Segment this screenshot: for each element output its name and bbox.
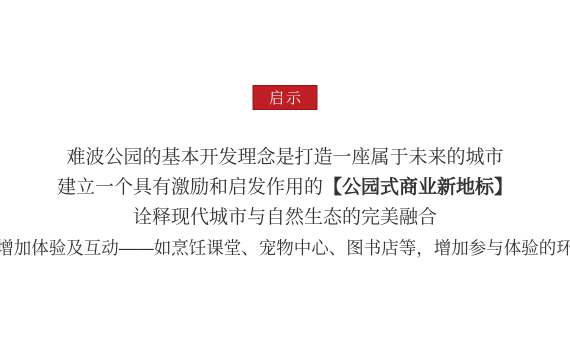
body-line-2: 建立一个具有激励和启发作用的【公园式商业新地标】 — [57, 173, 513, 203]
insight-badge: 启示 — [253, 85, 318, 110]
body-line-2-highlight: 【公园式商业新地标】 — [323, 177, 513, 198]
body-line-2-regular: 建立一个具有激励和启发作用的 — [57, 177, 323, 198]
body-line-4: 增加体验及互动——如烹饪课堂、宠物中心、图书店等，增加参与体验的环 — [0, 234, 570, 263]
body-line-1: 难波公园的基本开发理念是打造一座属于未来的城市 — [66, 143, 503, 173]
body-line-3: 诠释现代城市与自然生态的完美融合 — [133, 203, 437, 233]
insight-badge-label: 启示 — [269, 87, 303, 108]
slide-canvas: 启示 难波公园的基本开发理念是打造一座属于未来的城市 建立一个具有激励和启发作用… — [0, 0, 570, 360]
